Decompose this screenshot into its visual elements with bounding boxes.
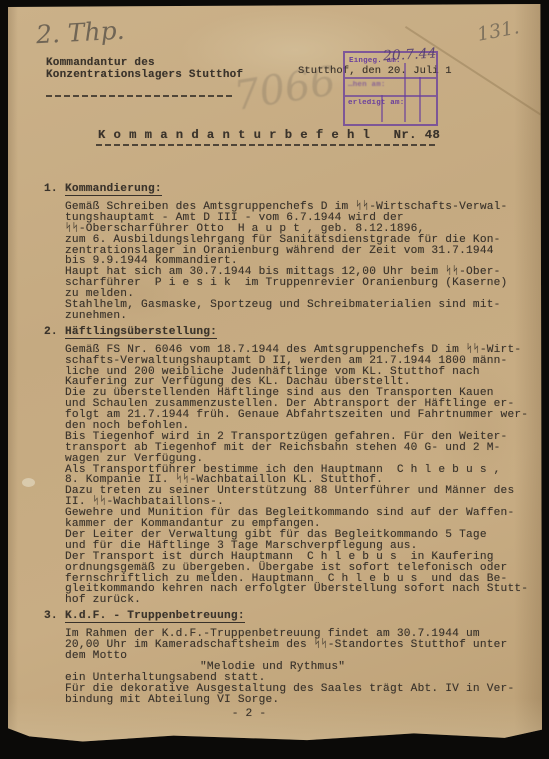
scanned-document-page: 2. Thp. 131. 7066 Kommandantur des Konze… <box>0 0 549 759</box>
letterhead-underline <box>46 95 233 97</box>
text-line: wagen zur Verfügung. <box>65 454 536 465</box>
stamp-middle-label: …hen am: <box>348 81 386 89</box>
section-heading: K.d.F. - Truppenbetreuung: <box>65 611 245 623</box>
text-line: ordnungsgemäß zu übergeben. Übergabe ist… <box>65 563 536 574</box>
pencil-unit-note: 2. Thp. <box>35 16 125 50</box>
text-line: 20,00 Uhr im Kameradschaftsheim des ᛋᛋ-S… <box>65 640 536 651</box>
stamp-grid-line <box>345 77 436 79</box>
stamp-grid-line <box>345 95 436 97</box>
stamp-grid-line <box>381 95 383 122</box>
section-heading: Kommandierung: <box>65 184 162 196</box>
section-number: 3. <box>44 611 58 622</box>
text-line: scharführer P i e s i k im Truppenrevier… <box>65 278 536 289</box>
text-line: bindung mit Abteilung VI Sorge. <box>65 695 536 706</box>
stamp-grid-line <box>404 63 406 122</box>
text-line: Stahlhelm, Gasmaske, Sportzeug und Schre… <box>65 300 536 311</box>
text-line: hof zurück. <box>65 595 536 606</box>
stamp-received-date-handwritten: 20.7.44 <box>383 46 437 65</box>
page-number: - 2 - <box>44 708 454 720</box>
stamp-done-label: erledigt am: <box>348 99 404 107</box>
text-line: Der Transport ist durch Hauptmann C h l … <box>65 552 536 563</box>
text-line: zunehmen. <box>65 311 536 322</box>
section-haeftlingsueberstellung: 2. Häftlingsüberstellung: Gemäß FS Nr. 6… <box>44 327 536 606</box>
paper-edge-shadow <box>8 4 18 746</box>
section-number: 1. <box>44 184 58 195</box>
title-underline <box>96 144 438 146</box>
letterhead-line2: Konzentrationslagers Stutthof <box>46 70 243 82</box>
text-line: ein Unterhaltungsabend statt. <box>65 673 536 684</box>
section-heading: Häftlingsüberstellung: <box>65 327 217 339</box>
text-line: zum 6. Ausbildungslehrgang für Sanitätsd… <box>65 235 536 246</box>
text-line: schafts-Verwaltungshauptamt D II, werden… <box>65 356 536 367</box>
section-kdf-truppenbetreuung: 3. K.d.F. - Truppenbetreuung: Im Rahmen … <box>44 611 536 705</box>
section-kommandierung: 1. Kommandierung: Gemäß Schreiben des Am… <box>44 184 536 322</box>
document-body: 1. Kommandierung: Gemäß Schreiben des Am… <box>44 184 536 705</box>
document-title: K o m m a n d a n t u r b e f e h l Nr. … <box>98 128 440 142</box>
section-number: 2. <box>44 327 58 338</box>
letterhead-line1: Kommandantur des <box>46 58 155 70</box>
text-line: Für die dekorative Ausgestaltung des Saa… <box>65 684 536 695</box>
paper-hole <box>22 478 35 487</box>
stamp-grid-line <box>419 77 421 122</box>
